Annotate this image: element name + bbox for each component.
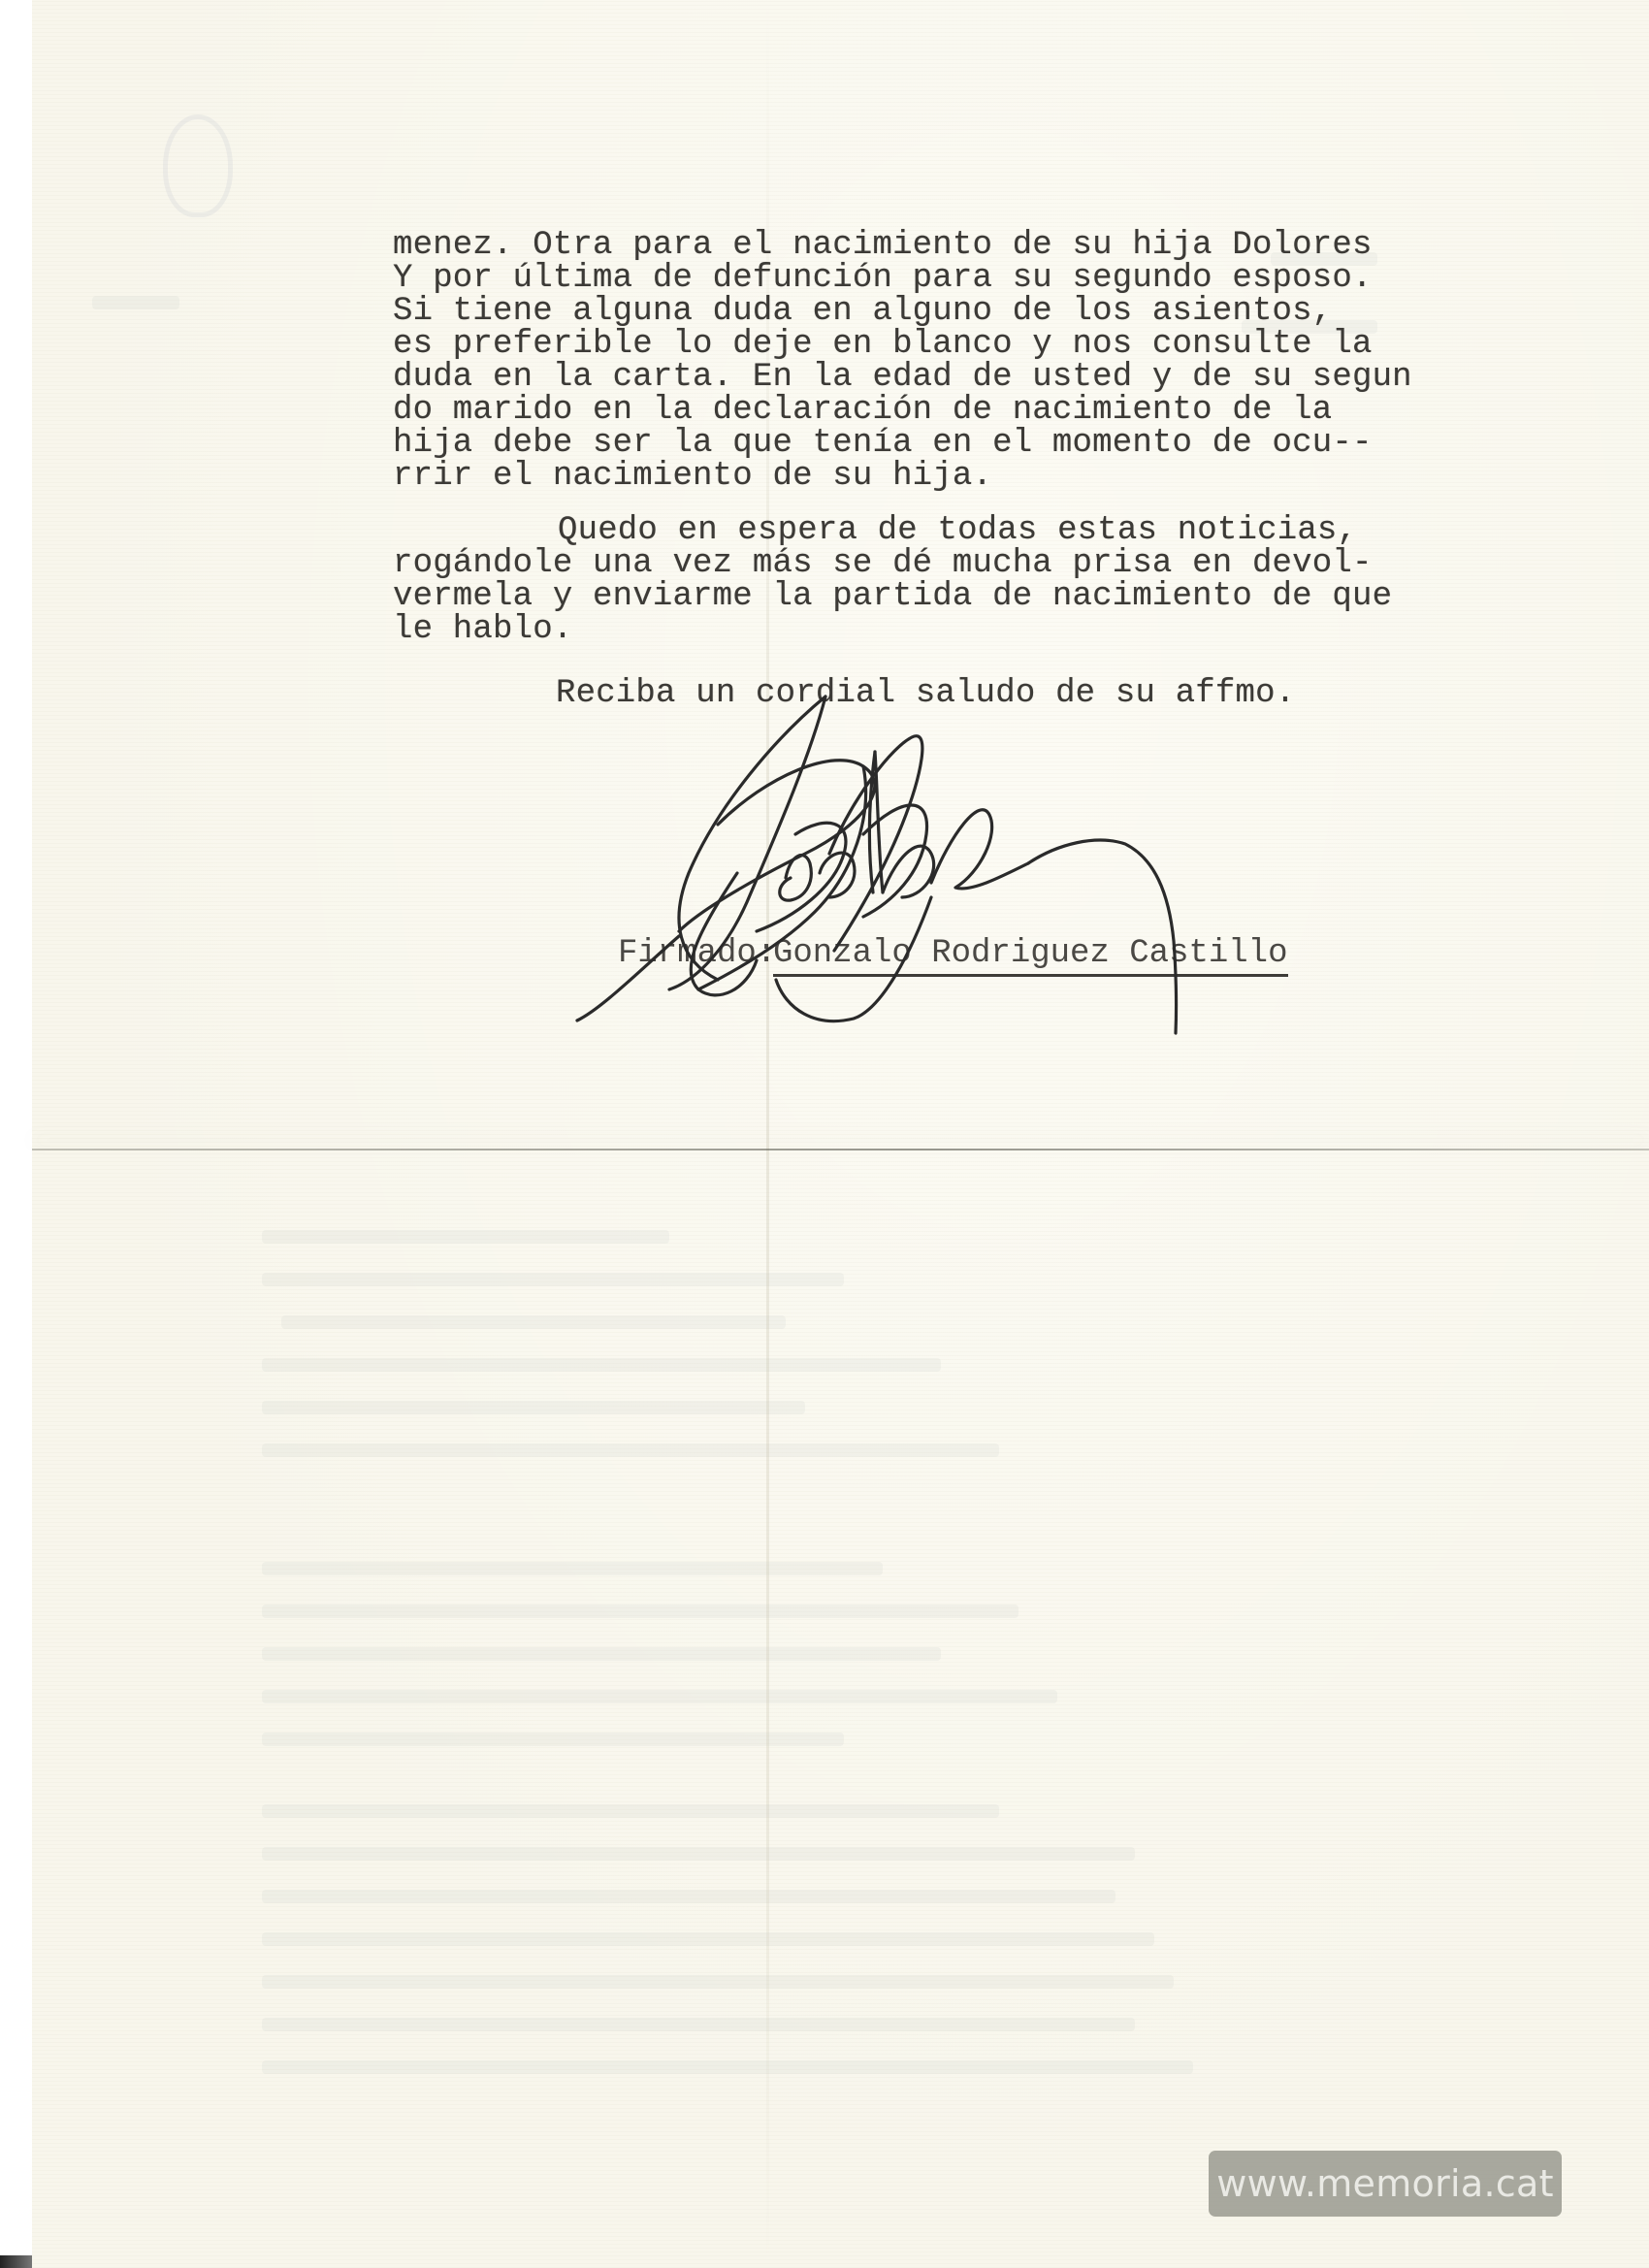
scan-edge-shadow — [0, 2255, 32, 2268]
body-line: duda en la carta. En la edad de usted y … — [393, 361, 1412, 394]
show-through-text — [262, 1975, 1174, 1989]
show-through-text — [262, 1358, 941, 1372]
show-through-text — [262, 1604, 1018, 1618]
body-line: le hablo. — [393, 613, 572, 646]
show-through-text — [262, 1647, 941, 1661]
body-line: hija debe ser la que tenía en el momento… — [393, 427, 1373, 460]
signed-label: Firmado: — [618, 937, 776, 970]
body-line: rrir el nacimiento de su hija. — [393, 460, 992, 493]
body-line: es preferible lo deje en blanco y nos co… — [393, 328, 1373, 361]
body-line: rogándole una vez más se dé mucha prisa … — [393, 547, 1373, 580]
show-through-text — [262, 1273, 844, 1286]
signer-name: Gonzalo Rodriguez Castillo — [773, 937, 1288, 977]
show-through-text — [262, 1401, 805, 1414]
body-line: do marido en la declaración de nacimient… — [393, 394, 1332, 427]
show-through-text — [262, 1562, 883, 1575]
body-line: menez. Otra para el nacimiento de su hij… — [393, 229, 1373, 262]
horizontal-fold-crease — [32, 1149, 1649, 1150]
show-through-text — [281, 1315, 786, 1329]
show-through-text — [262, 1932, 1154, 1946]
show-through-text — [262, 1690, 1057, 1703]
show-through-text — [262, 1230, 669, 1244]
show-through-text — [262, 1890, 1115, 1903]
show-through-text — [262, 1443, 999, 1457]
closing-line: Reciba un cordial saludo de su affmo. — [556, 677, 1295, 710]
show-through-text — [262, 1733, 844, 1746]
body-line: Quedo en espera de todas estas noticias, — [558, 514, 1357, 547]
show-through-text — [262, 2060, 1193, 2074]
watermark-badge: www.memoria.cat — [1209, 2151, 1562, 2217]
show-through-text — [262, 1804, 999, 1818]
show-through-text — [262, 2018, 1135, 2031]
body-line: vermela y enviarme la partida de nacimie… — [393, 580, 1392, 613]
body-line: Y por última de defunción para su segund… — [393, 262, 1373, 295]
body-line: Si tiene alguna duda en alguno de los as… — [393, 295, 1332, 328]
letter-body: menez. Otra para el nacimiento de su hij… — [0, 0, 1649, 1067]
show-through-text — [262, 1847, 1135, 1861]
